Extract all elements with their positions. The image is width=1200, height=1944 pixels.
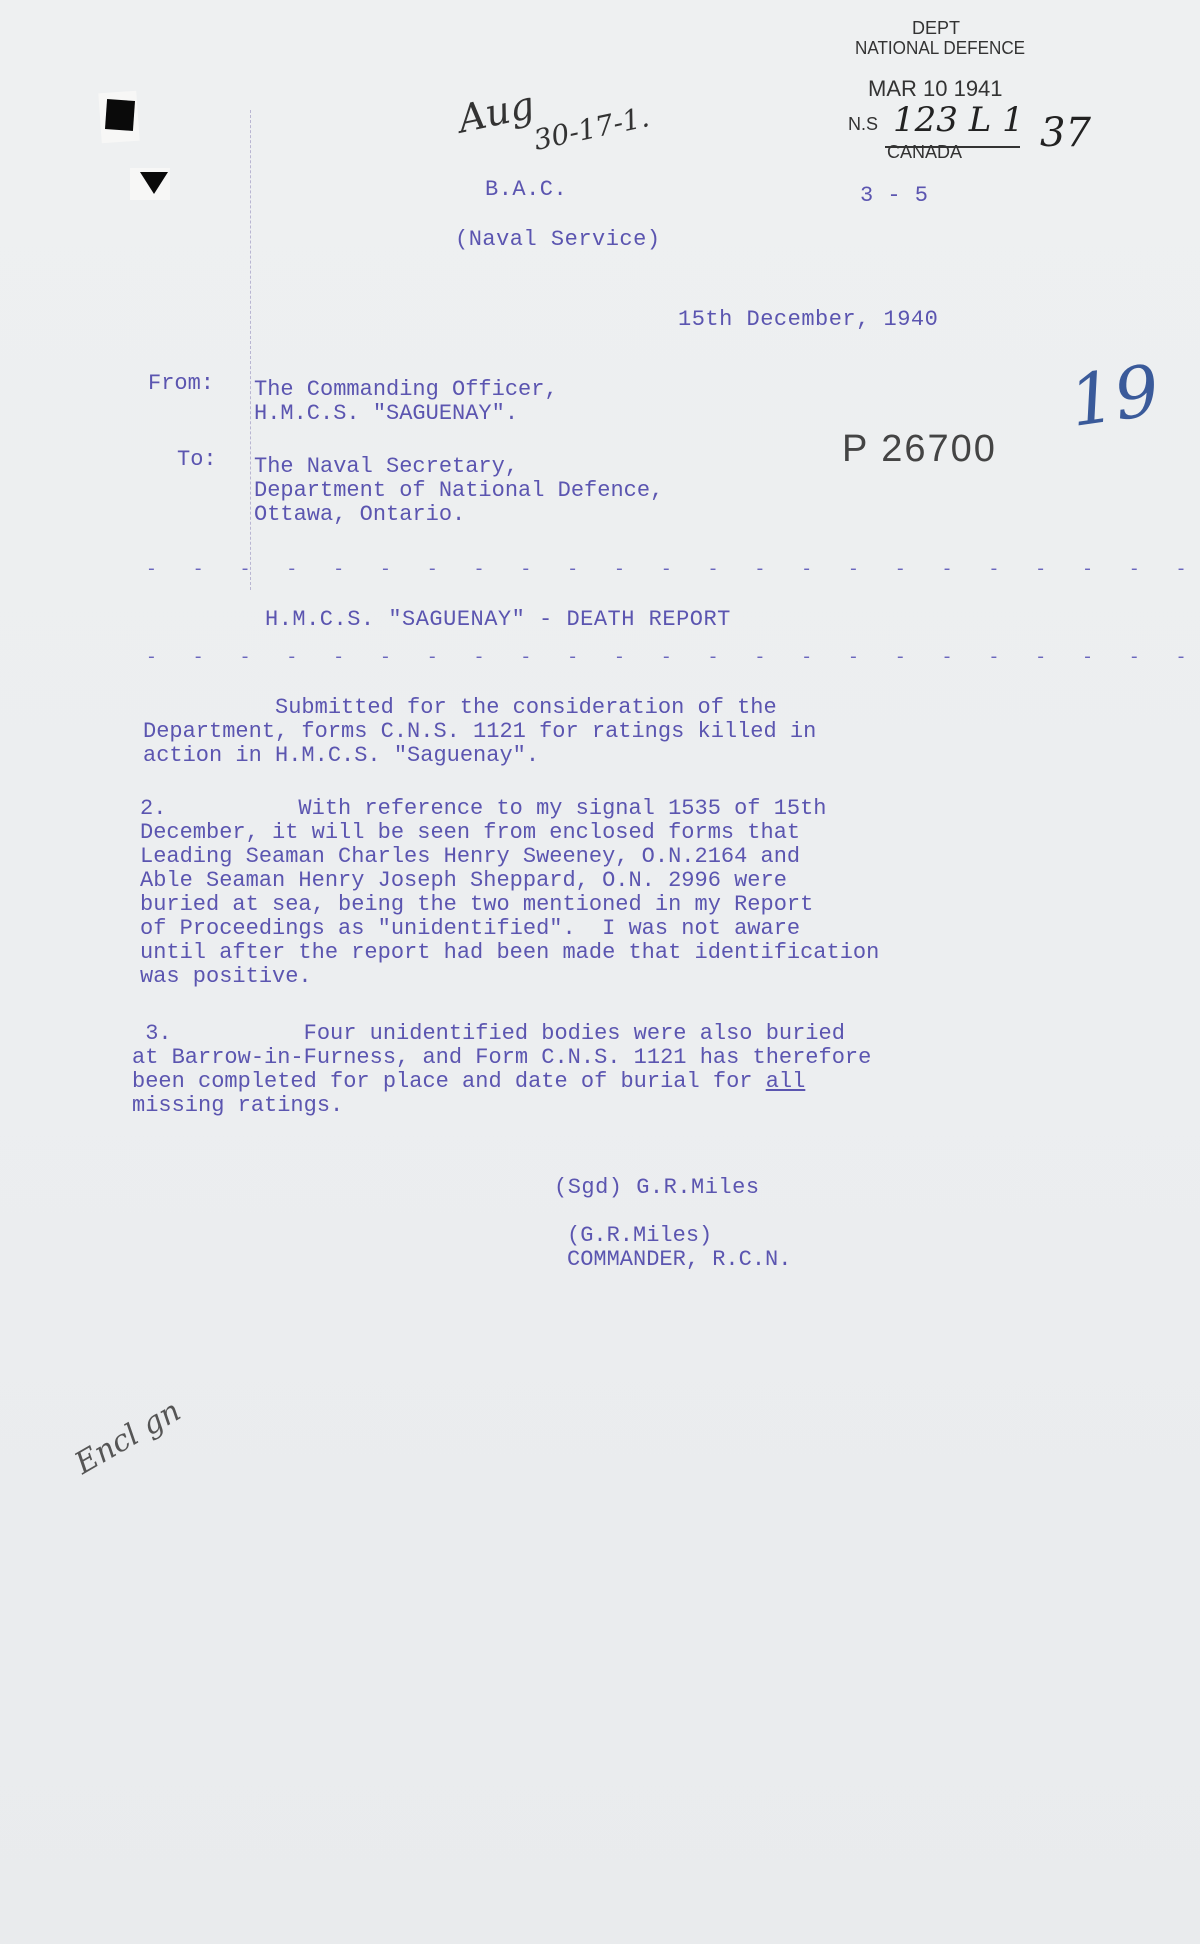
underlined-all: all xyxy=(766,1069,806,1094)
to-line-1: The Naval Secretary, xyxy=(254,455,663,479)
paragraph-1-line-3: action in H.M.C.S. "Saguenay". xyxy=(143,744,816,768)
registry-stamp: P 26700 xyxy=(842,428,997,471)
paragraph-1-line-1: Submitted for the consideration of the xyxy=(143,696,816,720)
from-line-1: The Commanding Officer, xyxy=(254,378,558,402)
stamp-dept: DEPT xyxy=(912,18,960,39)
handwritten-encl-note: Encl gn xyxy=(69,1393,187,1481)
signature-signed: (Sgd) G.R.Miles xyxy=(554,1176,760,1200)
header-service: (Naval Service) xyxy=(455,228,661,252)
handwritten-aug: Aug xyxy=(454,83,538,142)
paragraph-2-line-8: was positive. xyxy=(140,965,879,989)
paragraph-3: 3. Four unidentified bodies were also bu… xyxy=(132,1022,871,1118)
page-number-handwritten: 19 xyxy=(1065,349,1165,443)
handwritten-ref: 30-17-1. xyxy=(531,100,652,157)
stamp-ns-prefix: N.S xyxy=(848,114,878,135)
paragraph-2-line-3: Leading Seaman Charles Henry Sweeney, O.… xyxy=(140,845,879,869)
to-block: The Naval Secretary, Department of Natio… xyxy=(254,455,663,527)
paragraph-2: 2. With reference to my signal 1535 of 1… xyxy=(140,797,879,989)
from-label: From: xyxy=(148,372,214,396)
from-line-2: H.M.C.S. "SAGUENAY". xyxy=(254,402,558,426)
paragraph-3-line-1: 3. Four unidentified bodies were also bu… xyxy=(132,1022,871,1046)
paragraph-3-line-3-text: been completed for place and date of bur… xyxy=(132,1069,766,1094)
punch-hole-bottom xyxy=(140,172,168,194)
divider-bottom: - - - - - - - - - - - - - - - - - - - - … xyxy=(146,648,1200,668)
signature-block: (G.R.Miles) COMMANDER, R.C.N. xyxy=(567,1224,791,1272)
margin-fold-line xyxy=(250,110,251,590)
paragraph-2-line-2: December, it will be seen from enclosed … xyxy=(140,821,879,845)
subject-line: H.M.C.S. "SAGUENAY" - DEATH REPORT xyxy=(265,608,731,632)
paragraph-3-line-2: at Barrow-in-Furness, and Form C.N.S. 11… xyxy=(132,1046,871,1070)
paragraph-2-line-7: until after the report had been made tha… xyxy=(140,941,879,965)
punch-hole-top xyxy=(105,99,135,131)
paragraph-2-line-6: of Proceedings as "unidentified". I was … xyxy=(140,917,879,941)
signature-name: (G.R.Miles) xyxy=(567,1224,791,1248)
stamp-ns-handwritten: 123 L 1 xyxy=(893,100,1024,140)
document-page: DEPT NATIONAL DEFENCE MAR 10 1941 N.S 12… xyxy=(0,0,1200,1944)
paragraph-3-line-3: been completed for place and date of bur… xyxy=(132,1070,871,1094)
divider-top: - - - - - - - - - - - - - - - - - - - - … xyxy=(146,560,1200,580)
letter-date: 15th December, 1940 xyxy=(678,308,938,332)
paragraph-3-line-4: missing ratings. xyxy=(132,1094,871,1118)
stamp-ns-suffix: 37 xyxy=(1040,110,1091,156)
to-line-2: Department of National Defence, xyxy=(254,479,663,503)
signature-rank: COMMANDER, R.C.N. xyxy=(567,1248,791,1272)
paragraph-2-line-4: Able Seaman Henry Joseph Sheppard, O.N. … xyxy=(140,869,879,893)
paragraph-1: Submitted for the consideration of the D… xyxy=(143,696,816,768)
stamp-date: MAR 10 1941 xyxy=(868,76,1003,102)
to-label: To: xyxy=(177,448,217,472)
paragraph-2-line-1: 2. With reference to my signal 1535 of 1… xyxy=(140,797,879,821)
paragraph-2-line-5: buried at sea, being the two mentioned i… xyxy=(140,893,879,917)
header-org: B.A.C. xyxy=(485,178,567,202)
to-line-3: Ottawa, Ontario. xyxy=(254,503,663,527)
stamp-canada: CANADA xyxy=(887,142,962,163)
stamp-national-defence: NATIONAL DEFENCE xyxy=(855,38,1025,59)
file-ref: 3 - 5 xyxy=(860,184,929,208)
from-block: The Commanding Officer, H.M.C.S. "SAGUEN… xyxy=(254,378,558,426)
paragraph-1-line-2: Department, forms C.N.S. 1121 for rating… xyxy=(143,720,816,744)
